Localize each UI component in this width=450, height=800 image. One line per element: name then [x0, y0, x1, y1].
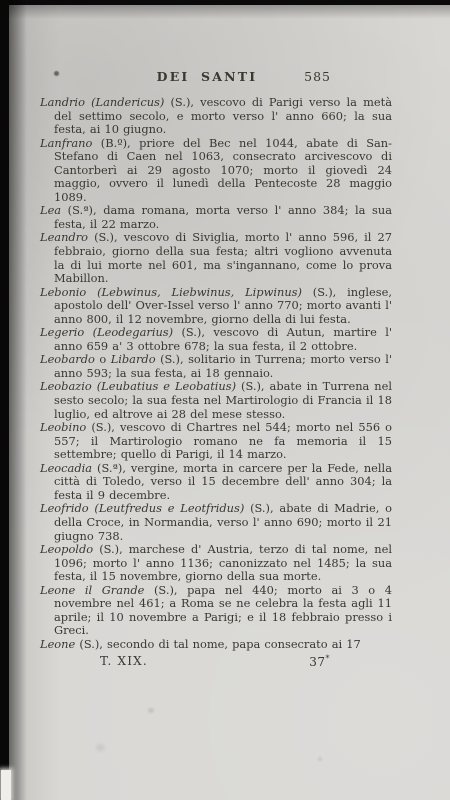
- saint-entry: Leobino (S.), vescovo di Chartres nel 54…: [40, 421, 392, 462]
- scan-edge-left-shadow: [9, 0, 27, 800]
- book-page-scan: DEI SANTI 585 Landrio (Landericus) (S.),…: [0, 0, 450, 800]
- saint-name: Leandro: [40, 230, 88, 244]
- entry-text: (S.), secondo di tal nome, papa consecra…: [75, 637, 361, 651]
- saint-name: Leobazio (Leubatius e Leobatius): [40, 379, 236, 393]
- scan-speck: [318, 757, 322, 761]
- saint-entry: Leone il Grande (S.), papa nel 440; mort…: [40, 584, 392, 638]
- saint-entry: Leobazio (Leubatius e Leobatius) (S.), a…: [40, 380, 392, 421]
- saint-name: Legerio (Leodegarius): [40, 325, 173, 339]
- page-header: DEI SANTI 585: [40, 69, 392, 85]
- saint-entries-list: Landrio (Landericus) (S.), vescovo di Pa…: [40, 96, 392, 651]
- saint-entry: Legerio (Leodegarius) (S.), vescovo di A…: [40, 326, 392, 353]
- saint-name: Leobardo: [40, 352, 95, 366]
- saint-entry: Leocadia (S.ª), vergine, morta in carcer…: [40, 462, 392, 503]
- entry-text: (B.º), priore del Bec nel 1044, abate di…: [54, 136, 392, 204]
- page-number: 585: [304, 69, 331, 84]
- saint-name: Leone: [40, 637, 75, 651]
- entry-text: (S.), marchese d' Austria, terzo di tal …: [54, 542, 392, 583]
- saint-name: Lea: [40, 203, 61, 217]
- signature-number: 37*: [309, 654, 330, 669]
- volume-label: T. XIX.: [100, 654, 148, 668]
- saint-entry: Lea (S.ª), dama romana, morta verso l' a…: [40, 204, 392, 231]
- entry-text: (S.ª), dama romana, morta verso l' anno …: [54, 203, 392, 231]
- saint-entry: Leofrido (Leutfredus e Leotfridus) (S.),…: [40, 502, 392, 543]
- saint-name: Landrio (Landericus): [40, 95, 164, 109]
- saint-name: Leofrido (Leutfredus e Leotfridus): [40, 501, 244, 515]
- scan-speck: [148, 708, 154, 713]
- saint-entry: Lanfrano (B.º), priore del Bec nel 1044,…: [40, 137, 392, 205]
- saint-name: Leocadia: [40, 461, 92, 475]
- entry-text: (S.), vescovo di Chartres nel 544; morto…: [54, 420, 392, 461]
- entry-text: o: [95, 352, 111, 366]
- page-content: DEI SANTI 585 Landrio (Landericus) (S.),…: [40, 0, 392, 670]
- saint-entry: Leopoldo (S.), marchese d' Austria, terz…: [40, 543, 392, 584]
- saint-name: Libardo: [111, 352, 156, 366]
- scan-speck: [96, 744, 105, 751]
- signature-mark: *: [326, 654, 331, 663]
- scan-edge-notch: [1, 770, 11, 800]
- page-footer: T. XIX. 37*: [40, 654, 392, 670]
- saint-name: Leobino: [40, 420, 86, 434]
- saint-entry: Leandro (S.), vescovo di Siviglia, morto…: [40, 231, 392, 285]
- saint-name: Lebonio (Lebwinus, Liebwinus, Lipwinus): [40, 285, 302, 299]
- saint-name: Leopoldo: [40, 542, 93, 556]
- saint-name: Lanfrano: [40, 136, 92, 150]
- saint-entry: Leone (S.), secondo di tal nome, papa co…: [40, 638, 392, 652]
- entry-text: (S.ª), vergine, morta in carcere per la …: [54, 461, 392, 502]
- saint-entry: Lebonio (Lebwinus, Liebwinus, Lipwinus) …: [40, 286, 392, 327]
- entry-text: (S.), vescovo di Siviglia, morto l' anno…: [54, 230, 392, 285]
- saint-entry: Leobardo o Libardo (S.), solitario in Tu…: [40, 353, 392, 380]
- scan-edge-left: [0, 0, 9, 800]
- saint-name: Leone il Grande: [40, 583, 144, 597]
- saint-entry: Landrio (Landericus) (S.), vescovo di Pa…: [40, 96, 392, 137]
